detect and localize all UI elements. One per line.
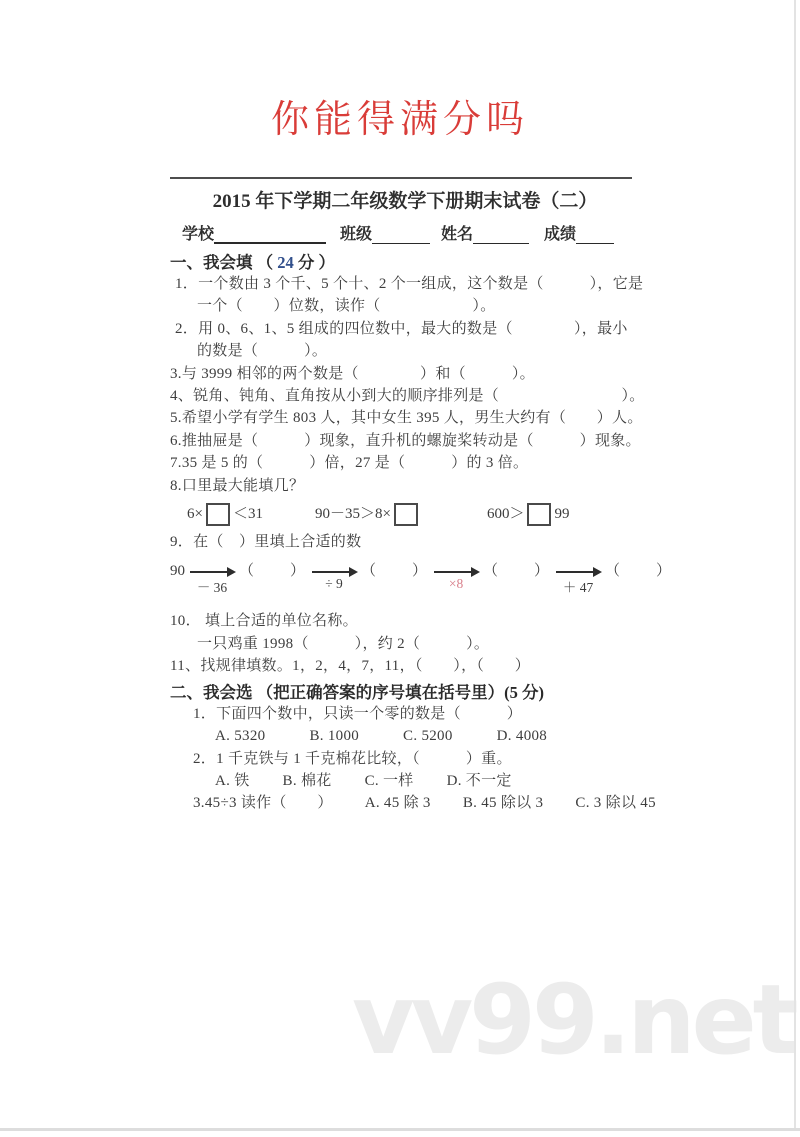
mc1-option-b: B. 1000: [309, 725, 359, 747]
q9-step-1: － 36: [190, 559, 234, 596]
q9-op-label: ＋ 47: [563, 576, 593, 596]
watermark: vv99.net: [352, 972, 795, 1068]
q9-op-label: － 36: [197, 576, 227, 596]
question-2-line-2: 的数是（ ）。: [170, 340, 640, 362]
right-arrow-icon: [556, 571, 600, 573]
mc-question-2: 2．1 千克铁与 1 千克棉花比较，（ ）重。: [170, 748, 640, 770]
question-1-line-1: 1．一个数由 3 个千、5 个十、2 个一组成，这个数是（ ），它是: [170, 273, 640, 295]
q9-step-3: ×8: [434, 559, 478, 592]
question-11: 11、找规律填数。1，2，4，7，11，（ ），（ ）: [170, 655, 640, 677]
section1-paren-close: ）: [319, 253, 336, 272]
question-7: 7.35 是 5 的（ ）倍，27 是（ ）的 3 倍。: [170, 452, 640, 474]
mc-question-3: 3.45÷3 读作（ ） A. 45 除 3 B. 45 除以 3 C. 3 除…: [170, 792, 640, 814]
mc-question-1-options: A. 5320 B. 1000 C. 5200 D. 4008: [170, 725, 640, 747]
name-blank-line: [473, 226, 529, 244]
question-10-line: 一只鸡重 1998（ ），约 2（ ）。: [170, 633, 640, 655]
mc3-option-b: B. 45 除以 3: [463, 795, 544, 811]
exam-title: 2015 年下学期二年级数学下册期末试卷（二）: [170, 186, 640, 213]
school-blank-line: [214, 225, 326, 244]
q8-expression-3: 600＞99: [487, 502, 570, 526]
right-arrow-icon: [312, 571, 356, 573]
section1-score-value: 24: [277, 253, 294, 272]
question-4: 4、锐角、钝角、直角按从小到大的顺序排列是（ ）。: [170, 385, 640, 407]
mc1-option-c: C. 5200: [403, 725, 453, 747]
question-2-line-1: 2．用 0、6、1、5 组成的四位数中，最大的数是（ ），最小: [170, 318, 640, 340]
q8-expr1-pre: 6×: [187, 506, 203, 522]
q8-expr1-post: ＜31: [233, 506, 263, 522]
field-label-score: 成绩: [544, 221, 576, 244]
q9-start-number: 90: [170, 559, 185, 583]
mc-question-1: 1．下面四个数中，只读一个零的数是（ ）: [170, 703, 640, 725]
q8-expression-2: 90－35＞8×: [315, 502, 421, 526]
question-8-expressions: 6×＜31 90－35＞8× 600＞99: [187, 499, 640, 529]
mc3-option-c: C. 3 除以 45: [575, 795, 656, 811]
question-8-heading: 8.口里最大能填几？: [170, 475, 640, 497]
title-separator-line: [170, 177, 632, 179]
section1-heading-text: 一、我会填: [170, 253, 253, 272]
question-5: 5.希望小学有学生 803 人，其中女生 395 人，男生大约有（ ）人。: [170, 407, 640, 429]
q8-expr3-pre: 600＞: [487, 506, 525, 522]
section1-score-unit: 分: [298, 253, 315, 272]
question-6: 6.推抽屉是（ ）现象，直升机的螺旋桨转动是（ ）现象。: [170, 430, 640, 452]
score-blank-line: [576, 226, 614, 244]
banner-title: 你能得满分吗: [0, 88, 800, 143]
q9-blank-2: （ ）: [361, 559, 429, 583]
mc3-option-a: A. 45 除 3: [365, 795, 431, 811]
question-1-line-2: 一个（ ）位数，读作（ ）。: [170, 295, 640, 317]
q9-step-2: ÷ 9: [312, 559, 356, 592]
q8-expr2-pre: 90－35＞8×: [315, 506, 391, 522]
page-edge-right-line: [794, 0, 796, 1130]
q8-expression-1: 6×＜31: [187, 502, 263, 526]
mc2-option-c: C. 一样: [365, 770, 414, 792]
q9-op-label: ÷ 9: [325, 576, 343, 592]
question-3: 3.与 3999 相邻的两个数是（ ）和（ ）。: [170, 363, 640, 385]
section1-paren-open: （: [257, 253, 274, 272]
section2-heading: 二、我会选 （把正确答案的序号填在括号里）(5 分): [170, 679, 640, 703]
question-9-heading: 9．在（ ）里填上合适的数: [170, 531, 640, 553]
mc1-option-d: D. 4008: [497, 725, 547, 747]
answer-box-icon: [527, 503, 551, 526]
exam-sheet: 2015 年下学期二年级数学下册期末试卷（二） 学校 班级 姓名 成绩 一、我会…: [170, 168, 640, 815]
question-9-diagram: 90 － 36 （ ） ÷ 9 （ ） ×8 （ ） ＋ 47 （ ）: [170, 559, 640, 596]
mc3-stem: 3.45÷3 读作（ ）: [193, 795, 333, 811]
right-arrow-icon: [190, 571, 234, 573]
field-label-class: 班级: [340, 221, 372, 244]
mc1-option-a: A. 5320: [215, 725, 265, 747]
q9-step-4: ＋ 47: [556, 559, 600, 596]
q8-expr3-post: 99: [554, 506, 569, 522]
mc-question-2-options: A. 铁 B. 棉花 C. 一样 D. 不一定: [170, 770, 640, 792]
page-edge-bottom-line: [0, 1128, 800, 1131]
mc2-option-a: A. 铁: [215, 770, 250, 792]
q9-blank-4: （ ）: [605, 559, 673, 583]
field-label-school: 学校: [182, 221, 214, 244]
mc2-option-d: D. 不一定: [447, 770, 512, 792]
q9-op-label: ×8: [449, 576, 463, 592]
section1-heading: 一、我会填 （ 24 分 ）: [170, 249, 640, 273]
field-label-name: 姓名: [441, 221, 473, 244]
class-blank-line: [372, 226, 430, 244]
answer-box-icon: [394, 503, 418, 526]
student-info-row: 学校 班级 姓名 成绩: [182, 222, 640, 244]
q9-blank-3: （ ）: [483, 559, 551, 583]
right-arrow-icon: [434, 571, 478, 573]
mc2-option-b: B. 棉花: [283, 770, 332, 792]
question-10-heading: 10． 填上合适的单位名称。: [170, 610, 640, 632]
q9-blank-1: （ ）: [239, 559, 307, 583]
answer-box-icon: [206, 503, 230, 526]
